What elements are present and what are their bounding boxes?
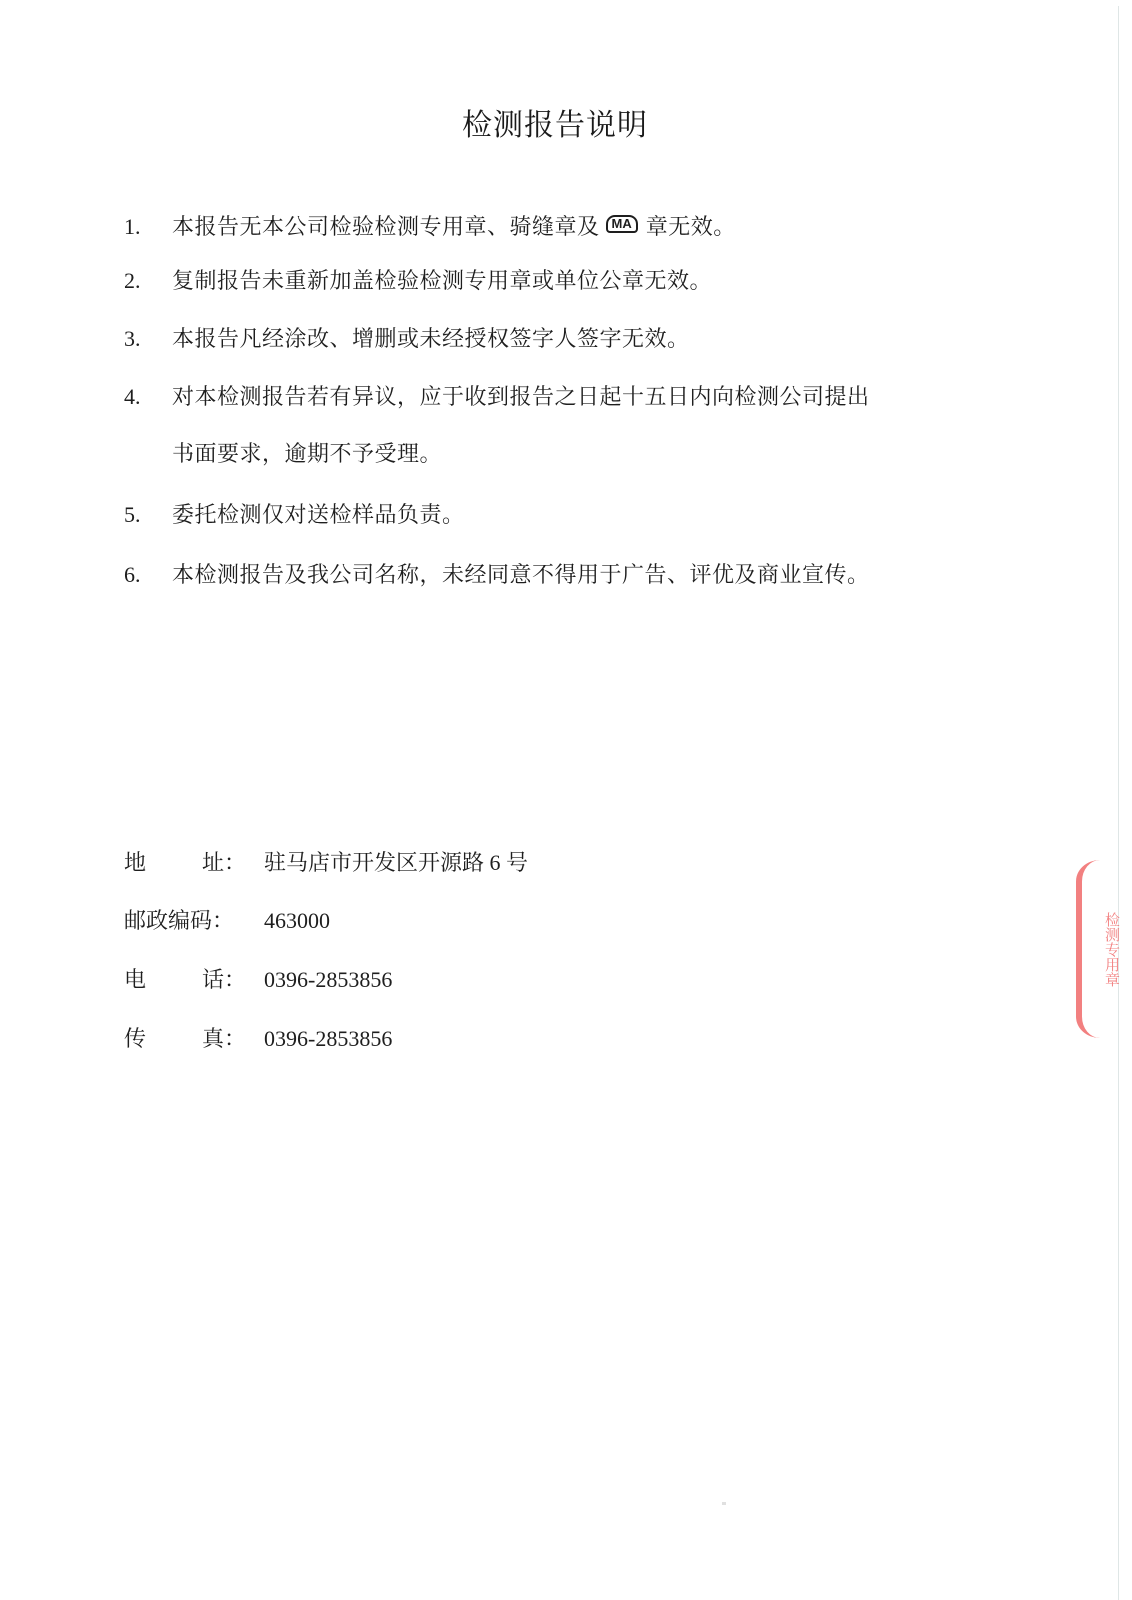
page-edge-line	[1118, 6, 1119, 1600]
contact-fax: 传真：0396-2853856	[124, 1024, 392, 1055]
item-number: 5.	[124, 500, 172, 530]
item-text: 本检测报告及我公司名称，未经同意不得用于广告、评优及商业宣传。	[172, 563, 870, 588]
item-text: 对本检测报告若有异议，应于收到报告之日起十五日内向检测公司提出	[172, 385, 870, 410]
phone-label: 电话：	[124, 966, 264, 996]
document-title: 检测报告说明	[0, 100, 1110, 144]
notice-item-5: 5.委托检测仅对送检样品负责。	[124, 500, 465, 531]
item-number: 4.	[124, 382, 172, 412]
item-text: 委托检测仅对送检样品负责。	[172, 503, 465, 528]
fax-label: 传真：	[124, 1025, 264, 1055]
address-value: 驻马店市开发区开源路 6 号	[264, 850, 528, 875]
item-number: 2.	[124, 266, 172, 296]
item-text-after: 章无效。	[646, 215, 736, 240]
notice-item-3: 3.本报告凡经涂改、增删或未经授权签字人签字无效。	[124, 324, 690, 355]
postcode-value: 463000	[264, 908, 330, 933]
item-number: 3.	[124, 324, 172, 354]
seal-stamp-icon: 检测专用章	[1076, 860, 1124, 1038]
phone-value: 0396-2853856	[264, 967, 392, 992]
postcode-label: 邮政编码：	[124, 907, 264, 937]
item-text: 本报告凡经涂改、增删或未经授权签字人签字无效。	[172, 327, 690, 352]
cma-mark-icon: MA	[606, 215, 638, 233]
contact-postcode: 邮政编码：463000	[124, 906, 330, 937]
contact-phone: 电话：0396-2853856	[124, 965, 392, 996]
notice-item-4-continuation: 书面要求，逾期不予受理。	[172, 440, 442, 470]
scan-speck	[722, 1502, 726, 1505]
item-number: 6.	[124, 560, 172, 590]
notice-item-6: 6.本检测报告及我公司名称，未经同意不得用于广告、评优及商业宣传。	[124, 560, 870, 591]
item-text: 复制报告未重新加盖检验检测专用章或单位公章无效。	[172, 269, 712, 294]
contact-address: 地址：驻马店市开发区开源路 6 号	[124, 848, 528, 879]
address-label: 地址：	[124, 849, 264, 879]
notice-item-2: 2.复制报告未重新加盖检验检测专用章或单位公章无效。	[124, 266, 712, 297]
notice-item-1: 1.本报告无本公司检验检测专用章、骑缝章及MA章无效。	[124, 212, 736, 243]
item-number: 1.	[124, 212, 172, 242]
item-text: 本报告无本公司检验检测专用章、骑缝章及	[172, 215, 600, 240]
fax-value: 0396-2853856	[264, 1026, 392, 1051]
notice-item-4: 4.对本检测报告若有异议，应于收到报告之日起十五日内向检测公司提出	[124, 382, 870, 413]
